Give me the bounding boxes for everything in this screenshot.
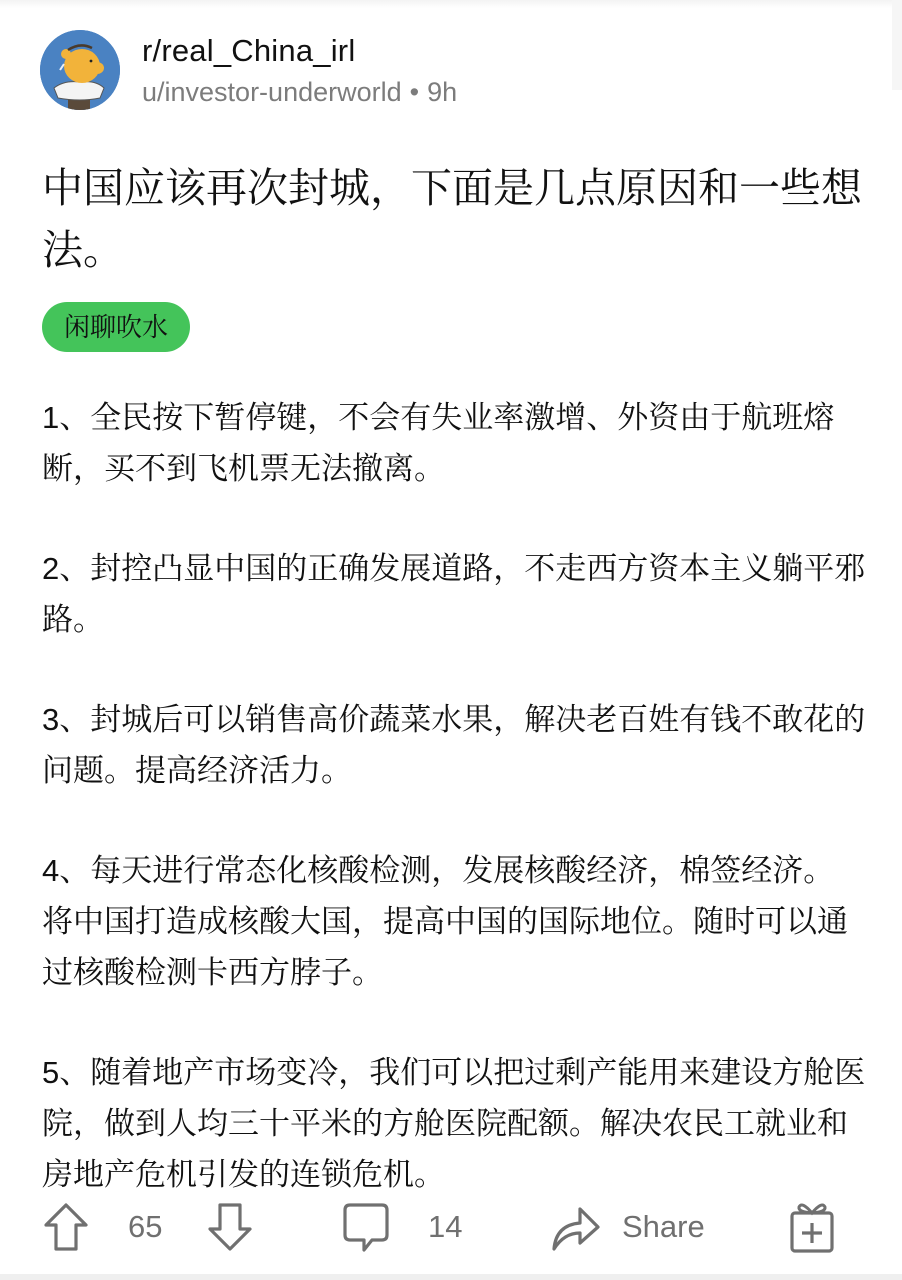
- post-title: 中国应该再次封城，下面是几点原因和一些想法。: [42, 157, 862, 281]
- subreddit-name[interactable]: r/real_China_irl: [142, 32, 457, 70]
- share-button[interactable]: Share: [550, 1192, 705, 1262]
- comments-button[interactable]: 14: [342, 1192, 462, 1262]
- post-paragraph: 3、封城后可以销售高价蔬菜水果，解决老百姓有钱不敢花的问题。提高经济活力。: [42, 694, 872, 796]
- meta-separator: •: [410, 76, 419, 108]
- arrow-down-icon: [206, 1201, 254, 1253]
- award-button[interactable]: [788, 1192, 836, 1262]
- gift-plus-icon: [788, 1199, 836, 1255]
- post-paragraph: 5、随着地产市场变冷，我们可以把过剩产能用来建设方舱医院，做到人均三十平米的方舱…: [42, 1047, 872, 1200]
- vote-score: 65: [128, 1192, 162, 1262]
- post-flair[interactable]: 闲聊吹水: [42, 302, 190, 352]
- post-body: 1、全民按下暂停键，不会有失业率激增、外资由于航班熔断，买不到飞机票无法撤离。 …: [42, 392, 872, 1249]
- post-paragraph: 1、全民按下暂停键，不会有失业率激增、外资由于航班熔断，买不到飞机票无法撤离。: [42, 392, 872, 494]
- comment-count: 14: [428, 1209, 462, 1245]
- upvote-button[interactable]: [42, 1192, 90, 1262]
- share-arrow-icon: [550, 1201, 602, 1253]
- downvote-button[interactable]: [206, 1192, 254, 1262]
- post-paragraph: 4、每天进行常态化核酸检测，发展核酸经济，棉签经济。 将中国打造成核酸大国，提高…: [42, 845, 872, 998]
- scrollbar[interactable]: [892, 0, 902, 90]
- feed-divider: [0, 1274, 902, 1280]
- post-age: 9h: [427, 76, 457, 108]
- comment-bubble-icon: [342, 1201, 390, 1253]
- author-name[interactable]: u/investor-underworld: [142, 76, 402, 108]
- share-label: Share: [622, 1209, 705, 1245]
- subreddit-avatar[interactable]: [40, 30, 120, 110]
- post-paragraph: 2、封控凸显中国的正确发展道路，不走西方资本主义躺平邪路。: [42, 543, 872, 645]
- post-action-bar: 65 14 Share: [0, 1192, 902, 1262]
- post-meta: u/investor-underworld • 9h: [142, 76, 457, 108]
- post-header: r/real_China_irl u/investor-underworld •…: [40, 30, 457, 110]
- arrow-up-icon: [42, 1201, 90, 1253]
- status-bar-shade: [0, 0, 902, 8]
- bear-avatar-icon: [40, 30, 120, 110]
